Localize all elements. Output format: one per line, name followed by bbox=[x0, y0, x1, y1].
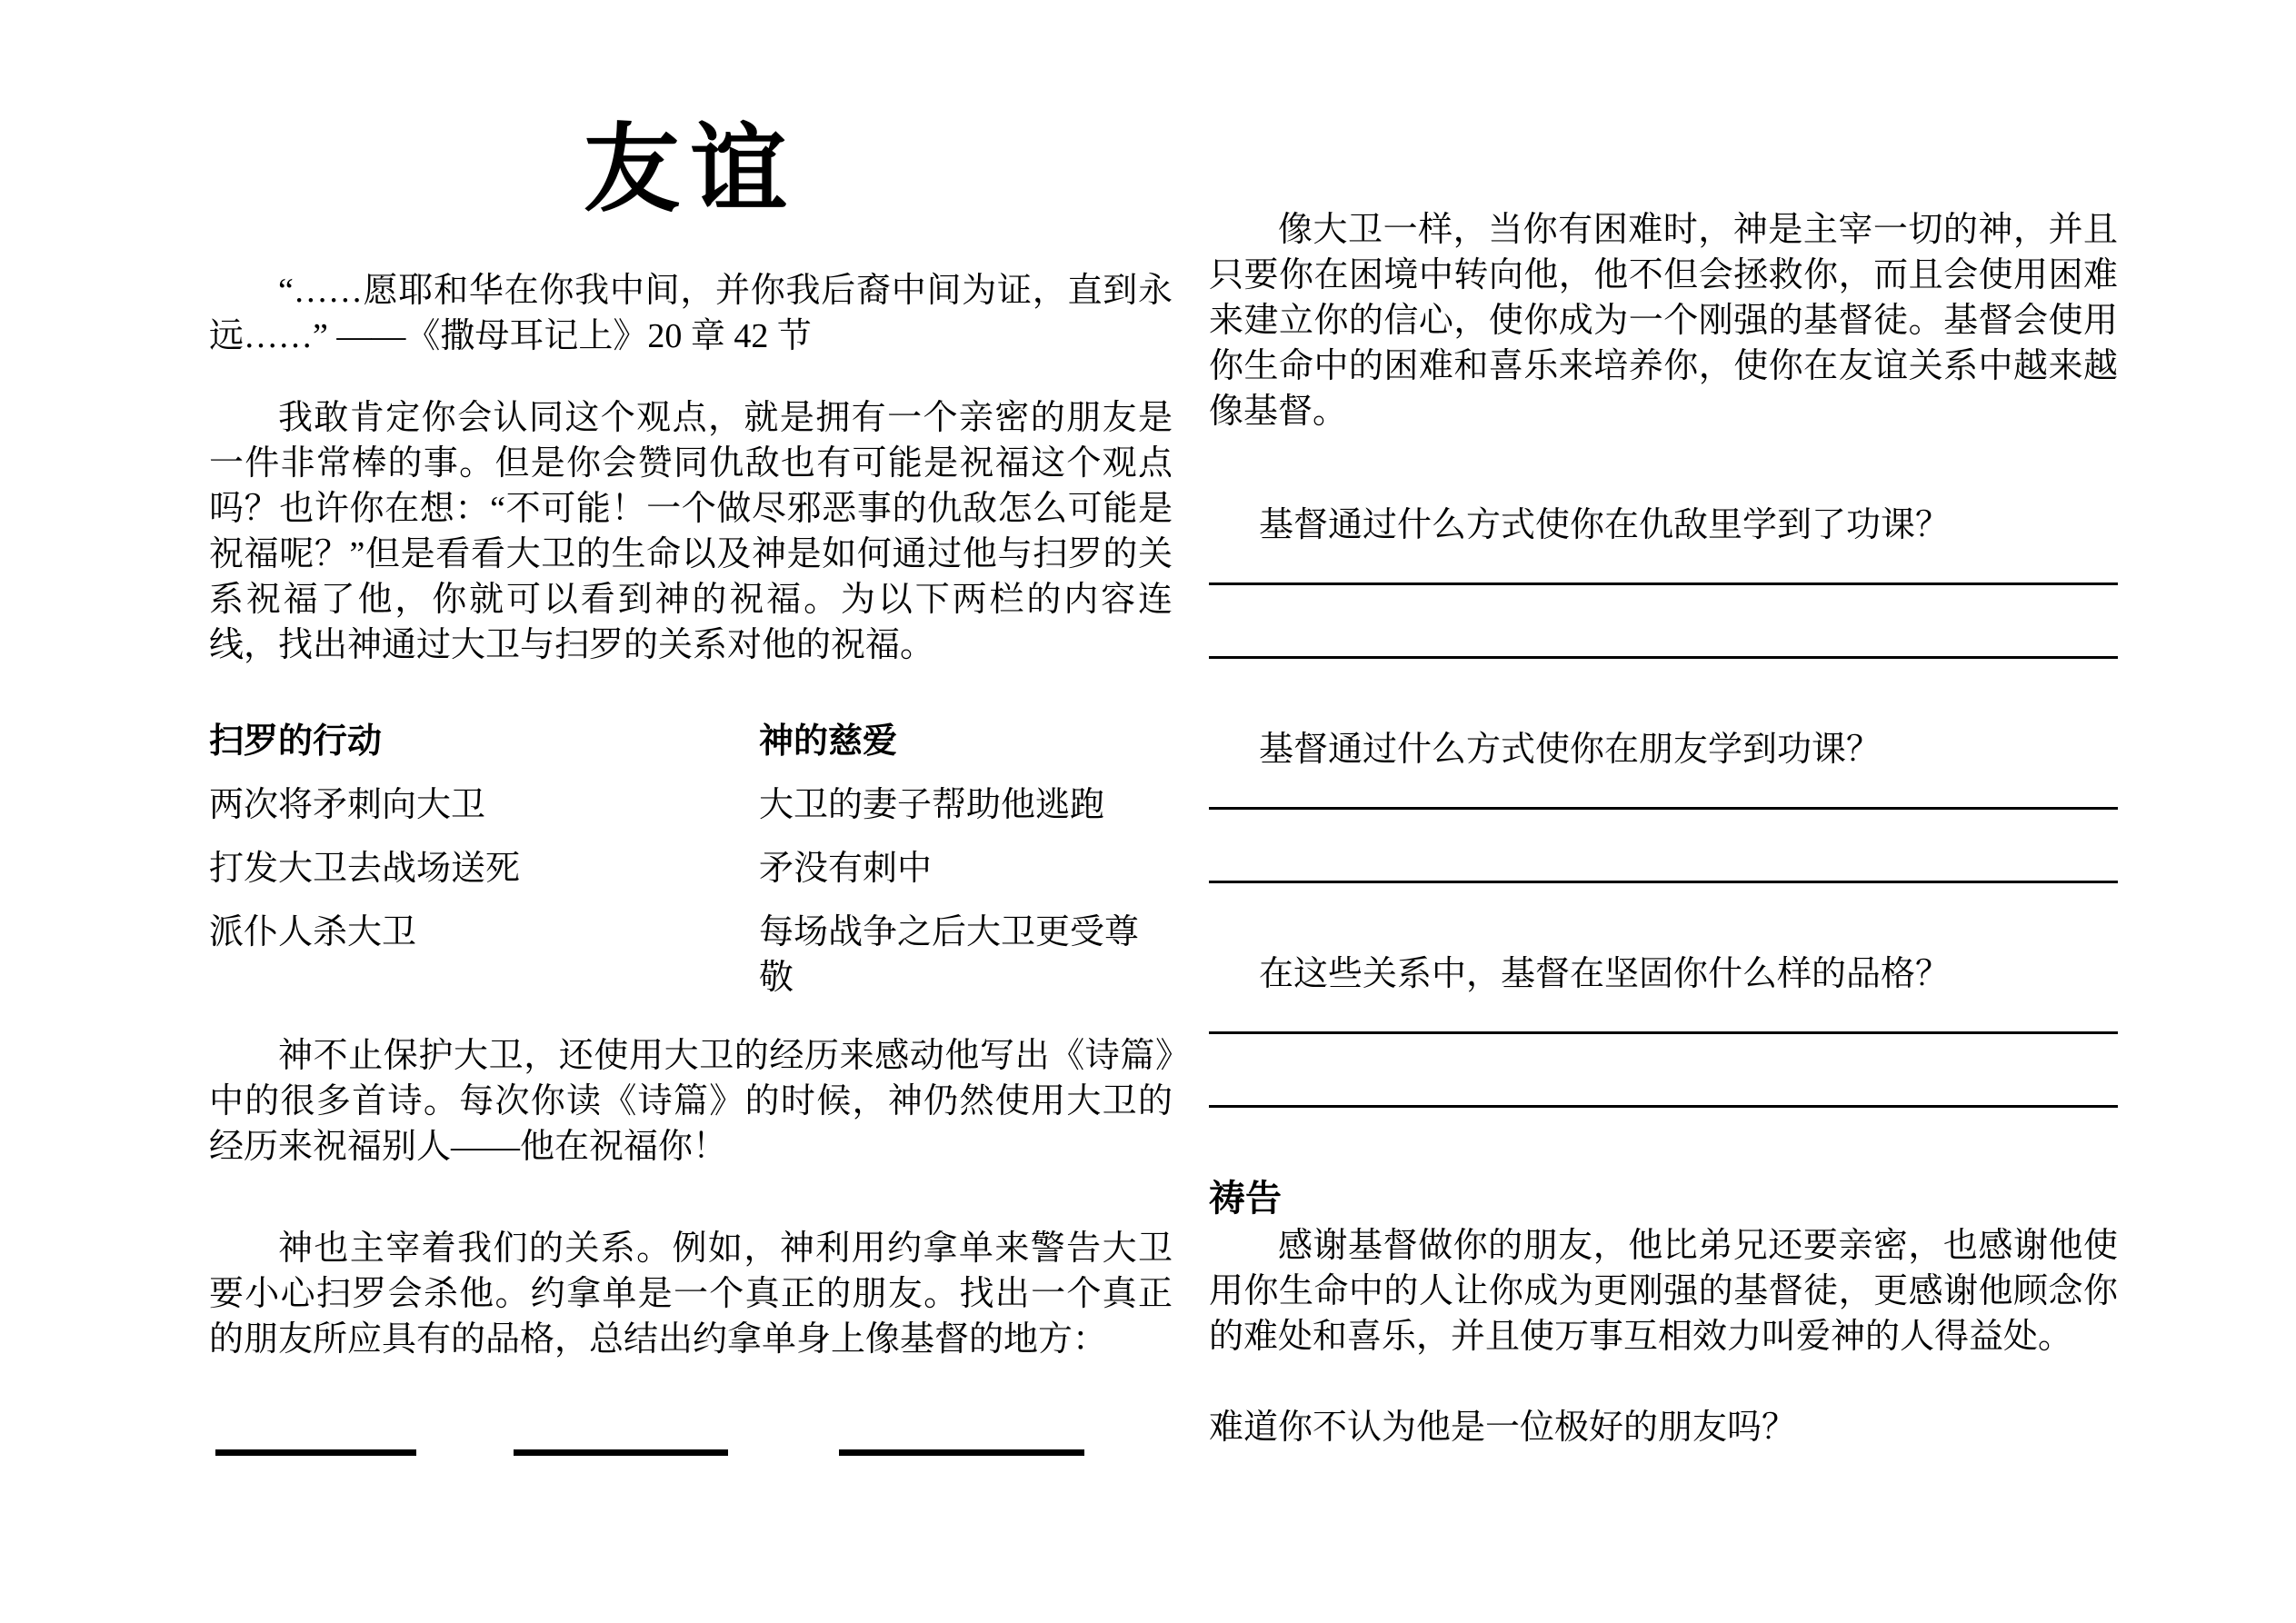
left-column: 友谊 “……愿耶和华在你我中间，并你我后裔中间为证，直到永远……” ——《撒母耳… bbox=[209, 118, 1173, 1456]
answer-line bbox=[1209, 1105, 2118, 1108]
saul-action-item: 两次将矛刺向大卫 bbox=[209, 782, 759, 828]
answer-line bbox=[1209, 881, 2118, 883]
gods-love-item: 矛没有刺中 bbox=[759, 846, 1159, 891]
saul-actions-header: 扫罗的行动 bbox=[209, 719, 759, 764]
fill-in-blank bbox=[839, 1449, 1084, 1456]
answer-line bbox=[1209, 582, 2118, 585]
question-enemies: 基督通过什么方式使你在仇敌里学到了功课？ bbox=[1209, 503, 2118, 548]
page-title: 友谊 bbox=[209, 118, 1173, 223]
answer-line bbox=[1209, 1031, 2118, 1034]
fill-in-blank bbox=[514, 1449, 728, 1456]
answer-line bbox=[1209, 807, 2118, 810]
fill-in-blanks-row bbox=[209, 1449, 1173, 1456]
jonathan-paragraph: 神也主宰着我们的关系。例如，神利用约拿单来警告大卫要小心扫罗会杀他。约拿单是一个… bbox=[209, 1226, 1173, 1362]
match-section: 扫罗的行动 神的慈爱 两次将矛刺向大卫 大卫的妻子帮助他逃跑 打发大卫去战场送死… bbox=[209, 719, 1173, 1001]
answer-line bbox=[1209, 656, 2118, 659]
closing-question: 难道你不认为他是一位极好的朋友吗？ bbox=[1209, 1405, 2118, 1450]
prayer-header: 祷告 bbox=[1209, 1176, 2118, 1221]
question-friends: 基督通过什么方式使你在朋友学到功课？ bbox=[1209, 727, 2118, 772]
like-david-paragraph: 像大卫一样，当你有困难时，神是主宰一切的神，并且只要你在困境中转向他，他不但会拯… bbox=[1209, 207, 2118, 434]
question-character: 在这些关系中，基督在坚固你什么样的品格？ bbox=[1209, 951, 2118, 997]
worksheet-page: { "doc": { "title": "友谊", "left": { "quo… bbox=[0, 0, 2296, 1623]
saul-action-item: 打发大卫去战场送死 bbox=[209, 846, 759, 891]
gods-love-item: 大卫的妻子帮助他逃跑 bbox=[759, 782, 1159, 828]
intro-paragraph: 我敢肯定你会认同这个观点，就是拥有一个亲密的朋友是一件非常棒的事。但是你会赞同仇… bbox=[209, 395, 1173, 668]
fill-in-blank bbox=[215, 1449, 416, 1456]
gods-love-item: 每场战争之后大卫更受尊敬 bbox=[759, 910, 1159, 1001]
saul-action-item: 派仆人杀大卫 bbox=[209, 910, 759, 1001]
prayer-paragraph: 感谢基督做你的朋友，他比弟兄还要亲密，也感谢他使用你生命中的人让你成为更刚强的基… bbox=[1209, 1223, 2118, 1359]
psalms-paragraph: 神不止保护大卫，还使用大卫的经历来感动他写出《诗篇》中的很多首诗。每次你读《诗篇… bbox=[209, 1033, 1173, 1170]
gods-love-header: 神的慈爱 bbox=[759, 719, 1159, 764]
scripture-quote: “……愿耶和华在你我中间，并你我后裔中间为证，直到永远……” ——《撒母耳记上》… bbox=[209, 268, 1173, 359]
right-column: 像大卫一样，当你有困难时，神是主宰一切的神，并且只要你在困境中转向他，他不但会拯… bbox=[1209, 207, 2118, 1450]
